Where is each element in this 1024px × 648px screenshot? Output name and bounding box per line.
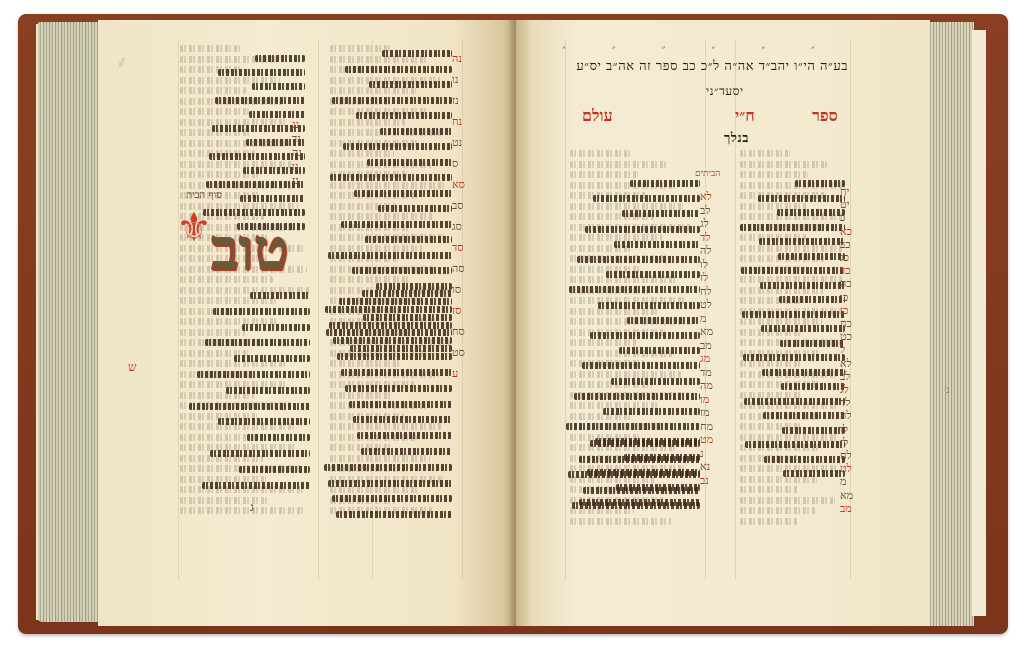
manuscript-text-line — [330, 119, 405, 126]
manuscript-text-line — [337, 353, 452, 360]
manuscript-text-line — [582, 362, 700, 369]
verse-number: לט — [700, 298, 712, 311]
manuscript-text-line — [180, 497, 269, 504]
ruling-line — [178, 40, 179, 580]
header-accent-marks: ״״״״״״ — [562, 44, 861, 55]
manuscript-text-line — [330, 392, 391, 399]
manuscript-text-line — [218, 418, 310, 425]
verse-number: סז — [452, 304, 461, 317]
manuscript-text-line — [740, 161, 827, 168]
manuscript-text-line — [330, 486, 419, 493]
manuscript-text-line — [740, 486, 798, 493]
manuscript-text-line — [226, 387, 310, 394]
verse-number: מא — [700, 325, 713, 338]
rubric-olam: עולם — [582, 106, 613, 126]
manuscript-text-line — [328, 480, 452, 487]
manuscript-text-line — [740, 245, 843, 252]
manuscript-text-line — [180, 507, 306, 514]
manuscript-text-line — [795, 180, 845, 187]
manuscript-text-line — [782, 427, 845, 434]
manuscript-text-line — [740, 507, 816, 514]
manuscript-text-line — [579, 456, 700, 463]
ruling-line — [565, 40, 566, 580]
catchword: ג — [250, 500, 254, 515]
manuscript-text-line — [568, 471, 700, 478]
manuscript-text-line — [762, 369, 845, 376]
manuscript-text-line — [566, 423, 700, 430]
ruling-line — [462, 40, 463, 580]
verse-number: מז — [700, 406, 710, 419]
manuscript-text-line — [356, 112, 452, 119]
verse-number: סט — [452, 346, 465, 359]
right-page-block-edges — [928, 22, 974, 626]
rubric-sefer: ספר — [812, 106, 838, 126]
verse-number: לח — [700, 285, 712, 298]
manuscript-text-line — [761, 325, 845, 332]
verse-number: כה — [840, 277, 852, 290]
manuscript-text-line — [593, 195, 700, 202]
manuscript-text-line — [740, 150, 790, 157]
verse-number: מא — [840, 489, 853, 502]
verse-number: לז — [700, 271, 708, 284]
verse-number: כב — [840, 238, 851, 251]
manuscript-text-line — [572, 502, 700, 509]
manuscript-text-line — [369, 81, 452, 88]
verse-number: לג — [840, 383, 849, 396]
manuscript-text-line — [332, 97, 452, 104]
manuscript-text-line — [250, 292, 310, 299]
manuscript-text-line — [378, 205, 452, 212]
verse-number: מג — [700, 352, 710, 365]
verse-number: לה — [700, 244, 711, 257]
verse-number: לג — [700, 217, 709, 230]
manuscript-text-line — [349, 401, 452, 408]
manuscript-text-line — [781, 383, 845, 390]
verse-number: נט — [452, 136, 462, 149]
manuscript-text-line — [345, 66, 452, 73]
verse-number: סה — [452, 262, 465, 275]
manuscript-text-line — [330, 245, 422, 252]
manuscript-text-line — [180, 87, 246, 94]
verse-number: ל — [840, 343, 845, 356]
verse-number: יח — [840, 185, 849, 198]
verse-number: לב — [840, 370, 850, 383]
manuscript-text-line — [611, 378, 700, 385]
manuscript-text-line — [740, 224, 845, 231]
verse-number: לא — [840, 357, 852, 370]
manuscript-text-line — [759, 238, 845, 245]
manuscript-text-line — [744, 398, 845, 405]
line-above-initial: סוף הבית — [186, 190, 222, 201]
manuscript-text-line — [209, 153, 305, 160]
verse-number: מב — [700, 339, 712, 352]
verse-number: סו — [452, 283, 461, 296]
manuscript-text-line — [330, 174, 452, 181]
manuscript-text-line — [205, 339, 310, 346]
verse-number: סד — [452, 241, 464, 254]
manuscript-text-line — [354, 190, 452, 197]
manuscript-text-line — [240, 195, 305, 202]
manuscript-text-line — [353, 416, 452, 423]
verse-number: לד — [840, 396, 850, 409]
header-line: בע״ה הי״ו יהב״ד אה״ה ל״כ כב ספר זה אה״ב … — [566, 58, 848, 74]
manuscript-text-line — [779, 296, 845, 303]
verse-number: מה — [700, 379, 713, 392]
manuscript-text-line — [332, 495, 452, 502]
verse-number: נח — [452, 115, 462, 128]
manuscript-text-line — [361, 448, 452, 455]
manuscript-text-line — [760, 282, 845, 289]
manuscript-text-line — [764, 456, 845, 463]
verse-number: נב — [700, 474, 709, 487]
manuscript-text-line — [606, 271, 700, 278]
manuscript-text-line — [242, 324, 310, 331]
manuscript-text-line — [325, 306, 452, 313]
left-page-block-edges — [38, 22, 100, 622]
manuscript-text-line — [336, 511, 452, 518]
manuscript-text-line — [330, 423, 441, 430]
manuscript-text-line — [350, 345, 452, 352]
manuscript-text-line — [367, 159, 452, 166]
manuscript-text-line — [577, 256, 700, 263]
initial-word-text: טוב — [190, 215, 310, 285]
column-heading: הביתים — [695, 168, 720, 179]
manuscript-text-line — [758, 195, 845, 202]
verse-number: סג — [452, 220, 462, 233]
verse-number: ס — [452, 157, 458, 170]
verse-number: לב — [700, 204, 710, 217]
manuscript-text-line — [328, 252, 452, 259]
manuscript-text-line — [783, 470, 845, 477]
verse-number: לד — [700, 231, 710, 244]
manuscript-text-line — [740, 518, 797, 525]
manuscript-text-line — [357, 432, 452, 439]
rubric-below: בנלך — [724, 130, 749, 146]
verse-number: נה — [452, 52, 462, 65]
verse-number: כט — [840, 330, 852, 343]
manuscript-text-line — [570, 171, 638, 178]
verse-number: לו — [840, 423, 848, 436]
verse-number: ע — [452, 367, 458, 380]
manuscript-text-line — [189, 403, 310, 410]
ruling-line — [318, 40, 319, 580]
manuscript-text-line — [333, 337, 452, 344]
manuscript-text-line — [206, 181, 305, 188]
verse-number: כג — [840, 251, 849, 264]
manuscript-text-line — [218, 69, 305, 76]
manuscript-text-line — [743, 354, 845, 361]
manuscript-text-line — [380, 128, 452, 135]
manuscript-text-line — [622, 210, 700, 217]
manuscript-text-line — [741, 267, 845, 274]
verse-number: מ — [840, 475, 847, 488]
pencil-sketch-mark: ⸙ — [115, 50, 129, 74]
verse-number: נא — [700, 460, 710, 473]
manuscript-text-line — [627, 317, 700, 324]
verse-number: נו — [452, 73, 458, 86]
verse-number: נה — [292, 146, 302, 159]
verse-number: סב — [452, 199, 464, 212]
manuscript-text-line — [376, 283, 452, 290]
manuscript-text-line — [180, 108, 249, 115]
manuscript-text-line — [330, 455, 430, 462]
manuscript-text-line — [740, 318, 822, 325]
manuscript-text-line — [570, 518, 671, 525]
manuscript-text-line — [574, 393, 700, 400]
verse-number: כו — [840, 291, 848, 304]
manuscript-text-line — [252, 83, 305, 90]
manuscript-text-line — [330, 182, 444, 189]
manuscript-text-line — [202, 482, 310, 489]
verse-number: מט — [700, 433, 713, 446]
verse-number: נ — [700, 447, 704, 460]
manuscript-text-line — [780, 340, 845, 347]
verse-number: נד — [292, 132, 301, 145]
manuscript-text-line — [570, 150, 630, 157]
verse-number: לה — [840, 409, 851, 422]
manuscript-text-line — [362, 290, 452, 297]
manuscript-text-line — [570, 161, 667, 168]
manuscript-text-line — [330, 45, 390, 52]
verse-number: מו — [700, 393, 709, 406]
manuscript-text-line — [740, 360, 802, 367]
manuscript-text-line — [742, 311, 845, 318]
manuscript-text-line — [324, 464, 452, 471]
manuscript-text-line — [778, 253, 845, 260]
verse-number: נג — [292, 118, 299, 131]
manuscript-text-line — [763, 412, 845, 419]
manuscript-text-line — [569, 286, 700, 293]
verse-number: מב — [840, 502, 852, 515]
verse-number: כז — [840, 304, 848, 317]
verse-number: לז — [840, 436, 848, 449]
verse-number: לא — [700, 190, 712, 203]
manuscript-text-line — [197, 371, 310, 378]
verse-number: סא — [452, 178, 465, 191]
manuscript-text-line — [345, 385, 452, 392]
manuscript-text-line — [247, 434, 310, 441]
manuscript-text-line — [330, 360, 402, 367]
manuscript-text-line — [352, 267, 452, 274]
manuscript-text-line — [570, 371, 681, 378]
manuscript-text-line — [341, 221, 452, 228]
manuscript-text-line — [740, 171, 808, 178]
manuscript-text-line — [585, 226, 700, 233]
manuscript-text-line — [180, 45, 240, 52]
verse-number: נז — [292, 174, 299, 187]
manuscript-text-line — [329, 322, 452, 329]
manuscript-text-line — [330, 87, 416, 94]
manuscript-text-line — [740, 497, 835, 504]
manuscript-text-line — [234, 355, 310, 362]
manuscript-text-line — [180, 329, 245, 336]
subheader: יסעד״ני — [706, 84, 744, 99]
manuscript-text-line — [570, 203, 683, 210]
manuscript-text-line — [590, 332, 700, 339]
manuscript-text-line — [583, 487, 700, 494]
manuscript-text-line — [614, 241, 700, 248]
manuscript-text-line — [330, 150, 394, 157]
manuscript-text-line — [619, 347, 700, 354]
side-mark: ג׳ — [944, 385, 950, 396]
manuscript-text-line — [341, 369, 452, 376]
manuscript-text-line — [365, 236, 452, 243]
verse-number: נו — [292, 160, 298, 173]
manuscript-text-line — [603, 408, 700, 415]
manuscript-text-line — [570, 234, 662, 241]
manuscript-text-line — [598, 302, 700, 309]
manuscript-text-line — [239, 466, 310, 473]
verse-number: לו — [700, 258, 708, 271]
manuscript-text-line — [215, 97, 305, 104]
verse-number: לח — [840, 449, 852, 462]
manuscript-text-line — [343, 143, 452, 150]
manuscript-text-line — [330, 276, 411, 283]
manuscript-text-line — [570, 339, 636, 346]
manuscript-text-line — [326, 329, 452, 336]
illuminated-initial-word: טוב — [190, 215, 310, 285]
verse-number: כח — [840, 317, 852, 330]
verse-number: מח — [700, 420, 713, 433]
manuscript-text-line — [382, 50, 452, 57]
verse-number: לט — [840, 462, 852, 475]
verse-number: מד — [700, 366, 712, 379]
manuscript-text-line — [740, 434, 837, 441]
verse-number: מ — [700, 312, 707, 325]
manuscript-text-line — [745, 441, 845, 448]
manuscript-text-line — [249, 111, 305, 118]
verse-number: כד — [840, 264, 851, 277]
right-page-edge-strip — [972, 30, 986, 616]
manuscript-text-line — [590, 440, 700, 447]
manuscript-text-line — [255, 55, 305, 62]
margin-mark: ש — [128, 360, 137, 375]
manuscript-text-line — [630, 180, 700, 187]
manuscript-text-line — [339, 298, 452, 305]
manuscript-text-line — [363, 314, 452, 321]
verse-number: כ — [840, 211, 845, 224]
manuscript-text-line — [777, 209, 845, 216]
manuscript-text-line — [210, 450, 310, 457]
verse-number: סח — [452, 325, 465, 338]
verse-number: כא — [840, 225, 852, 238]
manuscript-text-line — [213, 308, 310, 315]
manuscript-text-line — [330, 213, 433, 220]
rubric-chai: ח״י — [735, 106, 755, 126]
verse-number: נז — [452, 94, 459, 107]
verse-number: יט — [840, 198, 850, 211]
